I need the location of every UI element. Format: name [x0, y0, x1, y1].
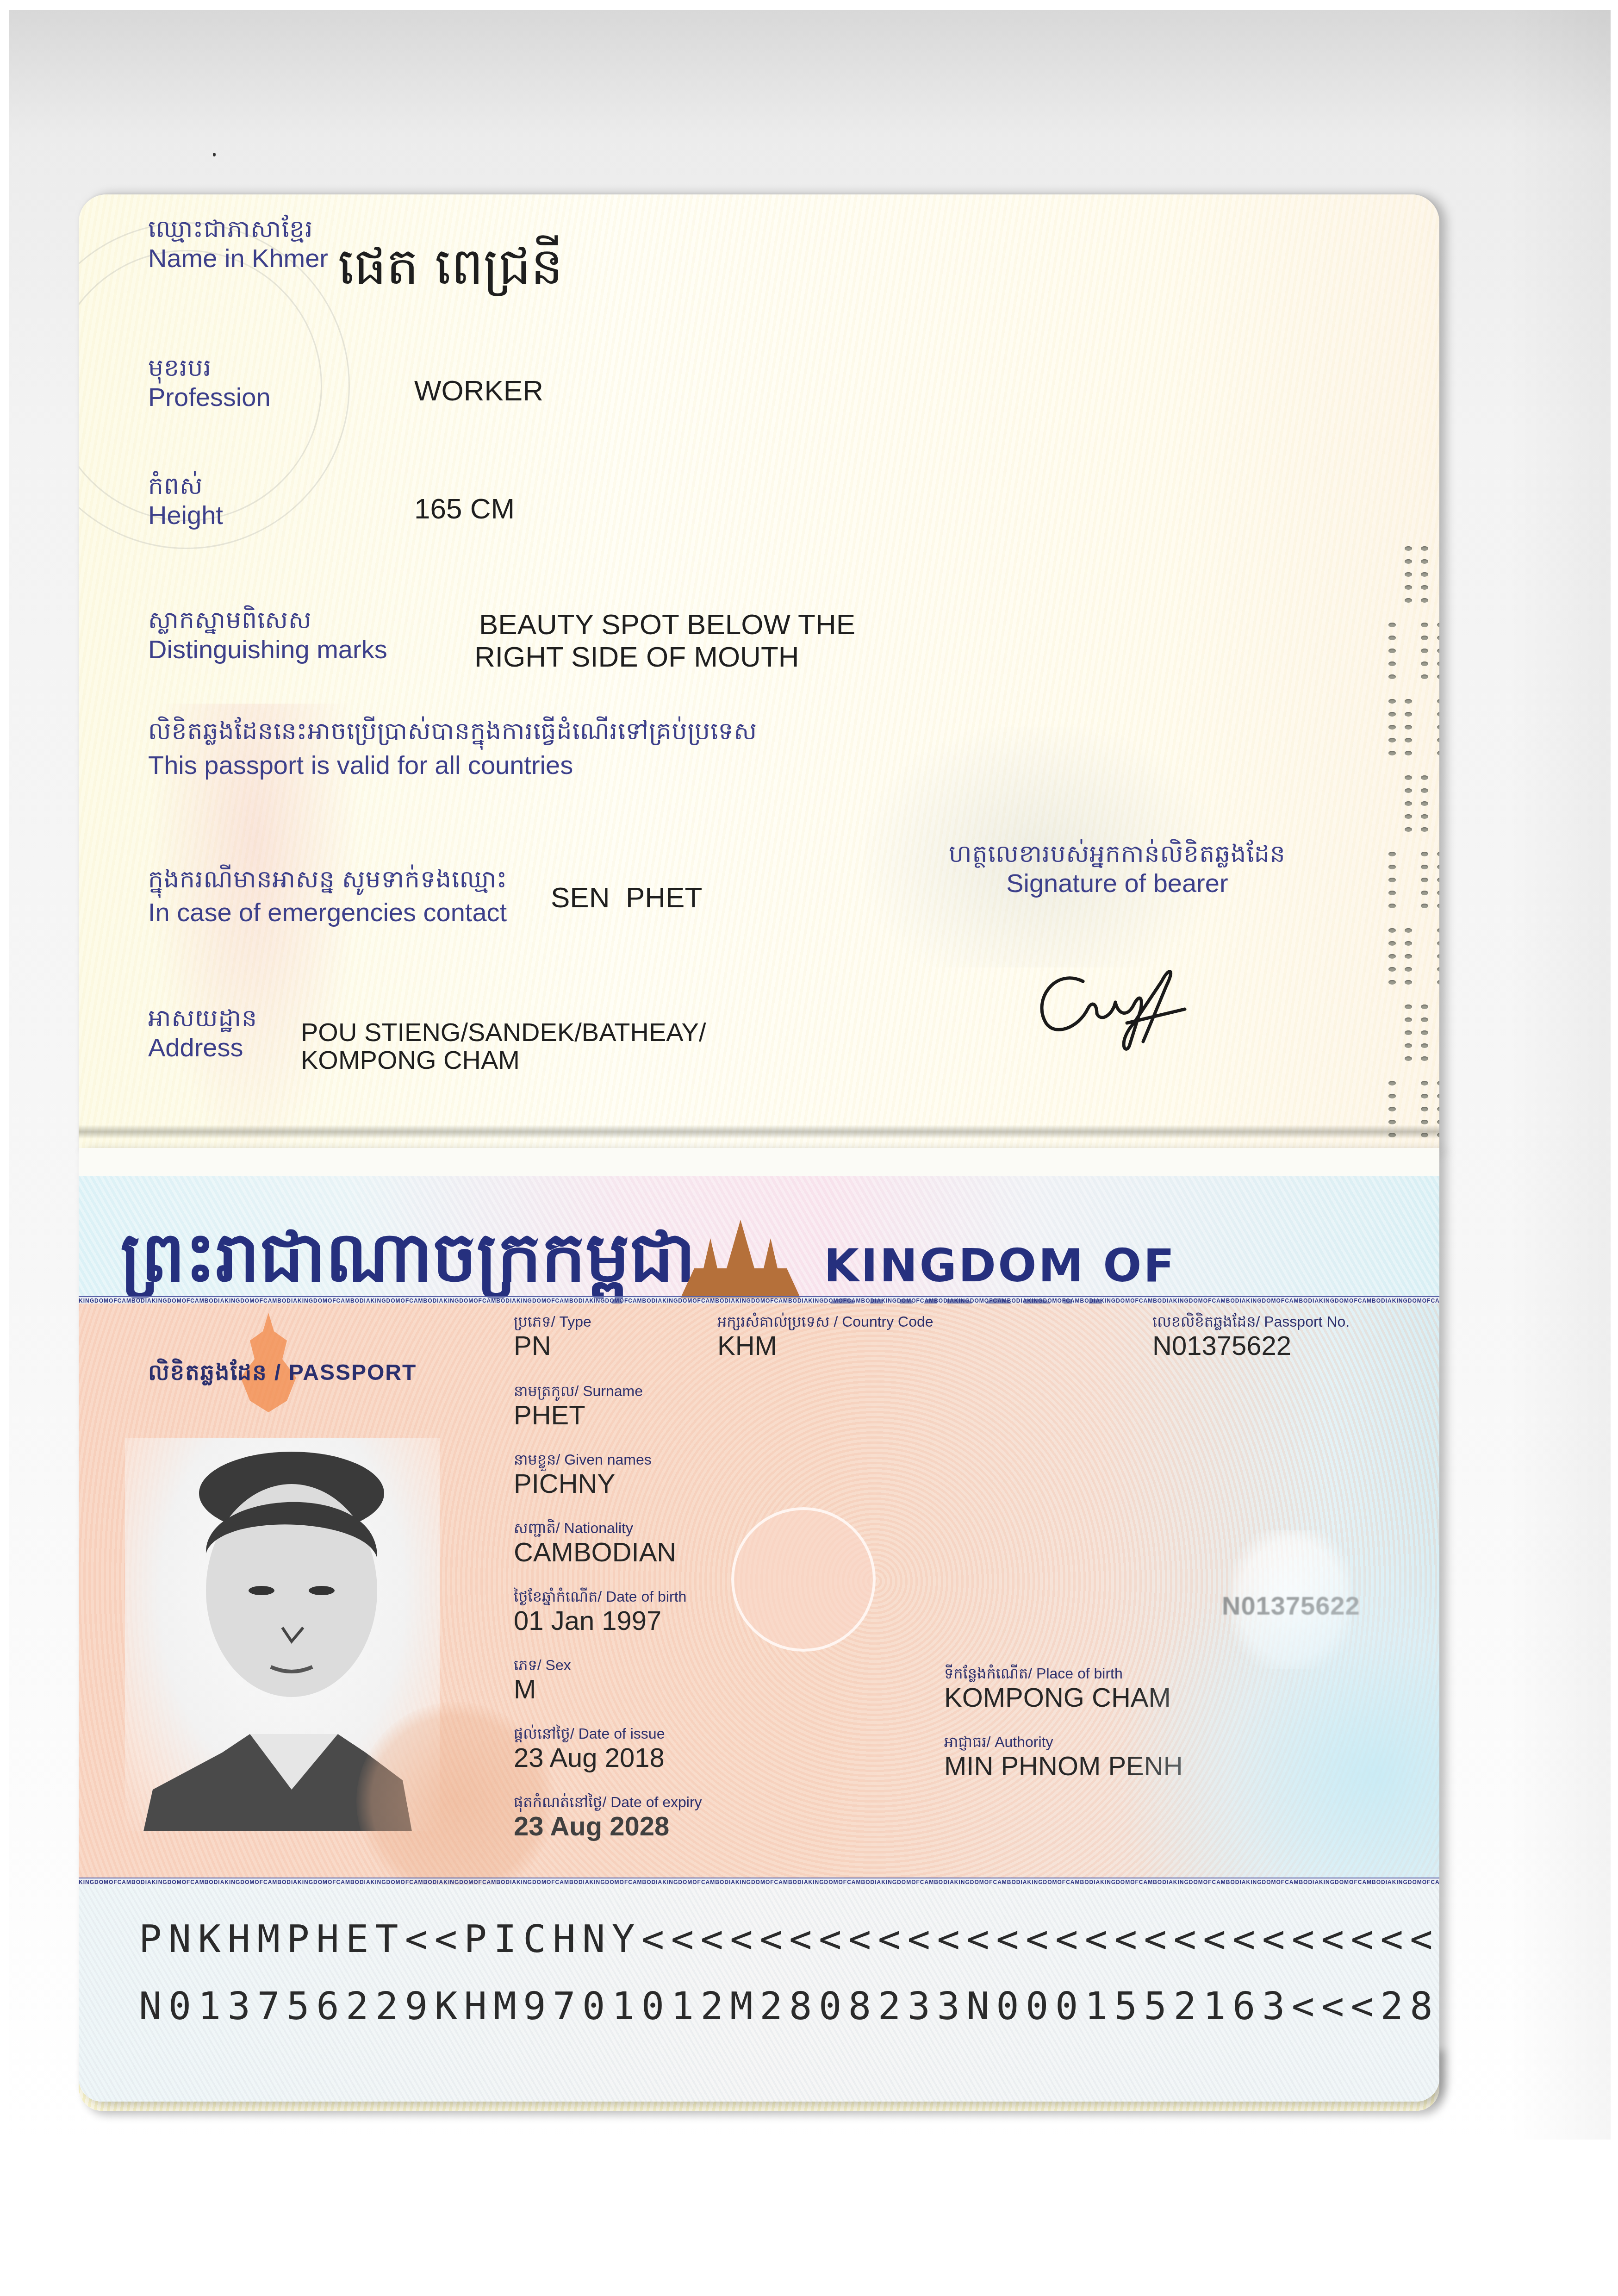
perforation-hole	[1421, 546, 1428, 551]
perforation-hole	[1437, 636, 1439, 640]
perforation-hole	[1405, 559, 1412, 564]
perforation-hole	[1421, 827, 1428, 832]
height-label: កំពស់ Height	[148, 472, 223, 530]
type-value: PN	[514, 1331, 551, 1361]
perforation-hole	[1421, 788, 1428, 793]
header-band: ព្រះរាជាណាចក្រកម្ពុជា KINGDOM OF CAMBODI…	[79, 1176, 1439, 1296]
perforation-hole	[1421, 891, 1428, 895]
perforation-hole	[1421, 559, 1428, 564]
name-in-khmer-label: ឈ្មោះជាភាសាខ្មែរ Name in Khmer	[148, 215, 328, 274]
perforation-hole	[1405, 941, 1412, 946]
perforation-hole	[1388, 967, 1396, 972]
perforation-hole	[1437, 725, 1439, 730]
perforation-hole	[1421, 775, 1428, 780]
emergency-contact-value: SEN PHET	[551, 882, 702, 914]
perforation-hole	[1388, 1094, 1396, 1098]
nationality-label: សញ្ជាតិ/ Nationality	[514, 1519, 633, 1537]
perforation-hole	[1388, 1120, 1396, 1124]
perforation-hole	[1405, 751, 1412, 755]
perforation-hole	[1388, 636, 1396, 640]
mrz-line-1: PNKHMPHET<<PICHNY<<<<<<<<<<<<<<<<<<<<<<<…	[139, 1917, 1439, 1961]
perforation-hole	[1437, 1120, 1439, 1124]
perforation-hole	[1405, 801, 1412, 806]
surname-value: PHET	[514, 1401, 585, 1430]
perforation-hole	[1388, 623, 1396, 627]
perforation-hole	[1405, 954, 1412, 959]
profession-label: មុខរបរ Profession	[148, 354, 271, 412]
passport-no-label: លេខលិខិតឆ្លងដែន/ Passport No.	[1152, 1313, 1350, 1330]
perforation-hole	[1421, 585, 1428, 590]
authority-value: MIN PHNOM PENH	[944, 1752, 1183, 1781]
perforation-hole	[1405, 788, 1412, 793]
authority-label: អាជ្ញាធរ/ Authority	[944, 1733, 1053, 1751]
signature-label: ហត្ថលេខារបស់អ្នកកាន់លិខិតឆ្លងដែន Signatu…	[949, 840, 1286, 898]
perforation-hole	[1405, 1043, 1412, 1048]
perforation-hole	[1388, 878, 1396, 882]
perforation-hole	[1405, 546, 1412, 551]
perforation-hole	[1405, 775, 1412, 780]
height-value: 165 CM	[414, 493, 515, 525]
bearer-signature	[1027, 949, 1222, 1051]
label-english: Profession	[148, 382, 271, 412]
perforation-hole	[1405, 585, 1412, 590]
perforation-hole	[1405, 738, 1412, 742]
ghost-passport-number: N01375622	[1222, 1591, 1360, 1621]
perforation-hole	[1388, 941, 1396, 946]
emergency-contact-label: ក្នុងករណីមានអាសន្ន សូមទាក់ទងឈ្មោះ In cas…	[148, 866, 507, 928]
perforation-hole	[1421, 1043, 1428, 1048]
given-names-label: នាមខ្លួន/ Given names	[514, 1451, 652, 1468]
perforation-hole	[1388, 649, 1396, 653]
perforation-hole	[1437, 941, 1439, 946]
machine-readable-zone: PNKHMPHET<<PICHNY<<<<<<<<<<<<<<<<<<<<<<<…	[79, 1885, 1439, 2102]
label-english: Address	[148, 1032, 257, 1063]
perforation-hole	[1437, 674, 1439, 679]
date-of-birth-label: ថ្ងៃខែឆ្នាំកំណើត/ Date of birth	[514, 1588, 686, 1605]
label-khmer: ហត្ថលេខារបស់អ្នកកាន់លិខិតឆ្លងដែន	[949, 840, 1286, 868]
perforation-hole	[1421, 1056, 1428, 1061]
country-title-khmer: ព្រះរាជាណាចក្រកម្ពុជា	[120, 1217, 696, 1296]
perforation-hole	[1421, 636, 1428, 640]
address-value: POU STIENG/SANDEK/BATHEAY/ KOMPONG CHAM	[301, 1018, 706, 1074]
perforation-hole	[1437, 865, 1439, 869]
type-label: ប្រភេទ/ Type	[514, 1313, 591, 1330]
label-khmer: កំពស់	[148, 472, 223, 500]
label-khmer: ក្នុងករណីមានអាសន្ន សូមទាក់ទងឈ្មោះ	[148, 866, 507, 893]
perforation-hole	[1437, 954, 1439, 959]
perforation-hole	[1421, 661, 1428, 666]
perforation-hole	[1437, 980, 1439, 985]
page-fold	[79, 1125, 1439, 1139]
label-english: Distinguishing marks	[148, 634, 387, 665]
given-names-value: PICHNY	[514, 1469, 615, 1499]
perforation-hole	[1421, 623, 1428, 627]
address-label: អាសយដ្ឋាន Address	[148, 1004, 257, 1063]
label-khmer: ឈ្មោះជាភាសាខ្មែរ	[148, 215, 328, 243]
perforation-hole	[1421, 572, 1428, 577]
perforation-hole	[1421, 674, 1428, 679]
validity-english: This passport is valid for all countries	[148, 750, 757, 780]
perforation-hole	[1388, 1107, 1396, 1111]
perforation-hole	[1405, 1004, 1412, 1009]
observations-page: ឈ្មោះជាភាសាខ្មែរ Name in Khmer ផេត ពេជ្រ…	[79, 194, 1439, 1153]
angkor-wat-emblem	[676, 1217, 805, 1301]
perforation-hole	[1421, 649, 1428, 653]
perforation-hole	[1421, 598, 1428, 603]
nationality-value: CAMBODIAN	[514, 1538, 676, 1567]
date-of-issue-label: ផ្ដល់នៅថ្ងៃ/ Date of issue	[514, 1725, 665, 1742]
label-english: Height	[148, 500, 223, 530]
sex-value: M	[514, 1675, 536, 1704]
perforation-hole	[1421, 852, 1428, 856]
perforation-hole	[1405, 827, 1412, 832]
profession-value: WORKER	[414, 375, 543, 407]
date-of-expiry-value: 23 Aug 2028	[514, 1812, 669, 1841]
sex-label: ភេទ/ Sex	[514, 1656, 571, 1674]
perforation-hole	[1405, 1030, 1412, 1035]
label-english: In case of emergencies contact	[148, 897, 507, 928]
perforation-hole	[1437, 1107, 1439, 1111]
perforation-hole	[1405, 712, 1412, 717]
place-of-birth-value: KOMPONG CHAM	[944, 1683, 1171, 1713]
label-english: Signature of bearer	[949, 868, 1286, 898]
perforation-hole	[1437, 661, 1439, 666]
address-line-1: POU STIENG/SANDEK/BATHEAY/	[301, 1018, 706, 1046]
perforation-hole	[1437, 738, 1439, 742]
perforation-hole	[1421, 1107, 1428, 1111]
perforation-hole	[1421, 1081, 1428, 1086]
perforation-hole	[1421, 1120, 1428, 1124]
perforation-hole	[1437, 904, 1439, 908]
document-title: លិខិតឆ្លងដែន / PASSPORT	[148, 1359, 417, 1387]
perforation-hole	[1421, 865, 1428, 869]
perforation-hole	[1388, 738, 1396, 742]
perforation-hole	[1388, 980, 1396, 985]
perforation-hole	[1437, 967, 1439, 972]
surname-label: នាមត្រកូល/ Surname	[514, 1382, 643, 1400]
perforation-hole	[1421, 1004, 1428, 1009]
perforation-hole	[1405, 967, 1412, 972]
country-code-value: KHM	[717, 1331, 777, 1361]
perforation-hole	[1405, 980, 1412, 985]
perforated-passport-number	[1384, 546, 1439, 1153]
data-page: ព្រះរាជាណាចក្រកម្ពុជា KINGDOM OF CAMBODI…	[79, 1148, 1439, 2102]
perforation-hole	[1421, 904, 1428, 908]
perforation-hole	[1421, 801, 1428, 806]
perforation-hole	[1405, 699, 1412, 704]
perforation-hole	[1388, 699, 1396, 704]
label-english: Name in Khmer	[148, 243, 328, 274]
perforation-hole	[1437, 649, 1439, 653]
perforation-hole	[1388, 751, 1396, 755]
perforation-hole	[1421, 1017, 1428, 1022]
name-in-khmer-value: ផេត ពេជ្រនី	[338, 238, 563, 294]
value-line-1: BEAUTY SPOT BELOW THE	[474, 609, 855, 641]
perforation-hole	[1421, 1094, 1428, 1098]
passport-no-value: N01375622	[1152, 1331, 1291, 1361]
perforation-hole	[1437, 1081, 1439, 1086]
value-line-2: RIGHT SIDE OF MOUTH	[474, 641, 855, 674]
perforation-hole	[1388, 725, 1396, 730]
validity-statement: លិខិតឆ្លងដែននេះអាចប្រើប្រាស់បានក្នុងការធ…	[148, 717, 757, 780]
date-of-issue-value: 23 Aug 2018	[514, 1743, 665, 1773]
mrz-line-2: N013756229KHM9701012M2808233N0001552163<…	[139, 1984, 1439, 2028]
sun-guilloche	[731, 1507, 876, 1652]
perforation-hole	[1437, 751, 1439, 755]
perforation-hole	[1388, 891, 1396, 895]
distinguishing-marks-label: ស្លាកស្នាមពិសេស Distinguishing marks	[148, 606, 387, 665]
perforation-hole	[1421, 814, 1428, 819]
perforation-hole	[1388, 661, 1396, 666]
perforation-hole	[1405, 1017, 1412, 1022]
perforation-hole	[1437, 699, 1439, 704]
label-khmer: អាសយដ្ឋាន	[148, 1004, 257, 1032]
perforation-hole	[1437, 852, 1439, 856]
ghost-image	[1231, 1530, 1351, 1669]
perforation-hole	[1388, 712, 1396, 717]
scan-dust-speck	[213, 153, 216, 156]
perforation-hole	[1405, 814, 1412, 819]
perforation-hole	[1437, 712, 1439, 717]
perforation-hole	[1437, 891, 1439, 895]
perforation-hole	[1437, 878, 1439, 882]
address-line-2: KOMPONG CHAM	[301, 1046, 706, 1074]
perforation-hole	[1388, 1081, 1396, 1086]
perforation-hole	[1405, 928, 1412, 933]
personal-data-zone: លិខិតឆ្លងដែន / PASSPORT N01375622 ប្រភេទ…	[79, 1304, 1439, 1878]
label-khmer: ស្លាកស្នាមពិសេស	[148, 606, 387, 634]
perforation-hole	[1388, 904, 1396, 908]
perforation-hole	[1388, 954, 1396, 959]
place-of-birth-label: ទីកន្លែងកំណើត/ Place of birth	[944, 1665, 1123, 1682]
perforation-hole	[1437, 928, 1439, 933]
perforation-hole	[1421, 1030, 1428, 1035]
distinguishing-marks-value: BEAUTY SPOT BELOW THE RIGHT SIDE OF MOUT…	[474, 609, 855, 674]
perforation-hole	[1437, 1094, 1439, 1098]
country-code-label: អក្សរសំគាល់ប្រទេស / Country Code	[717, 1313, 933, 1330]
label-khmer: មុខរបរ	[148, 354, 271, 382]
perforation-hole	[1388, 674, 1396, 679]
validity-khmer: លិខិតឆ្លងដែននេះអាចប្រើប្រាស់បានក្នុងការធ…	[148, 717, 757, 745]
perforation-hole	[1388, 852, 1396, 856]
perforation-hole	[1405, 598, 1412, 603]
perforation-hole	[1405, 572, 1412, 577]
perforation-hole	[1405, 1056, 1412, 1061]
perforation-hole	[1421, 878, 1428, 882]
perforation-hole	[1437, 623, 1439, 627]
perforation-hole	[1405, 725, 1412, 730]
date-of-expiry-label: ផុតកំណត់នៅថ្ងៃ/ Date of expiry	[514, 1793, 702, 1811]
perforation-hole	[1388, 928, 1396, 933]
date-of-birth-value: 01 Jan 1997	[514, 1606, 661, 1636]
perforation-hole	[1388, 865, 1396, 869]
